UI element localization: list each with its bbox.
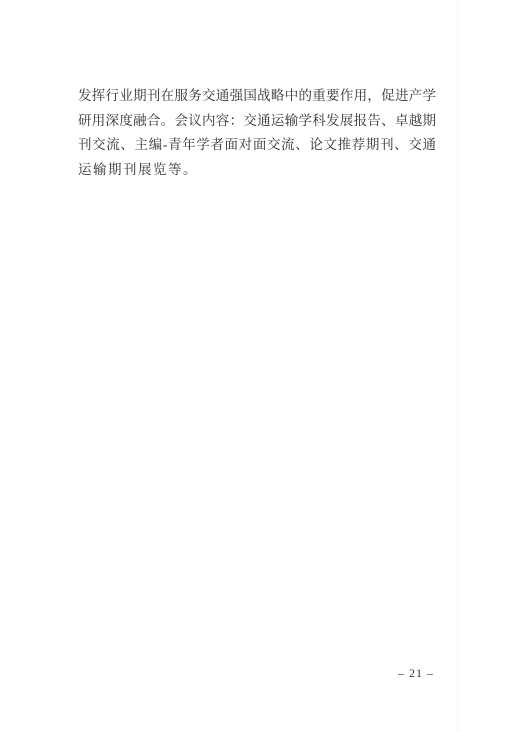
page-number: – 21 – — [394, 666, 438, 681]
scan-artifact-line — [457, 0, 458, 732]
paragraph-line-1: 发挥行业期刊在服务交通强国战略中的重要作用，促进产学 — [78, 84, 436, 109]
body-paragraph: 发挥行业期刊在服务交通强国战略中的重要作用，促进产学 研用深度融合。会议内容：交… — [78, 84, 436, 182]
paragraph-line-3: 刊交流、主编-青年学者面对面交流、论文推荐期刊、交通 — [78, 133, 436, 158]
paragraph-line-2: 研用深度融合。会议内容：交通运输学科发展报告、卓越期 — [78, 109, 436, 134]
document-page: 发挥行业期刊在服务交通强国战略中的重要作用，促进产学 研用深度融合。会议内容：交… — [0, 0, 513, 732]
paragraph-line-4: 运输期刊展览等。 — [78, 158, 436, 183]
